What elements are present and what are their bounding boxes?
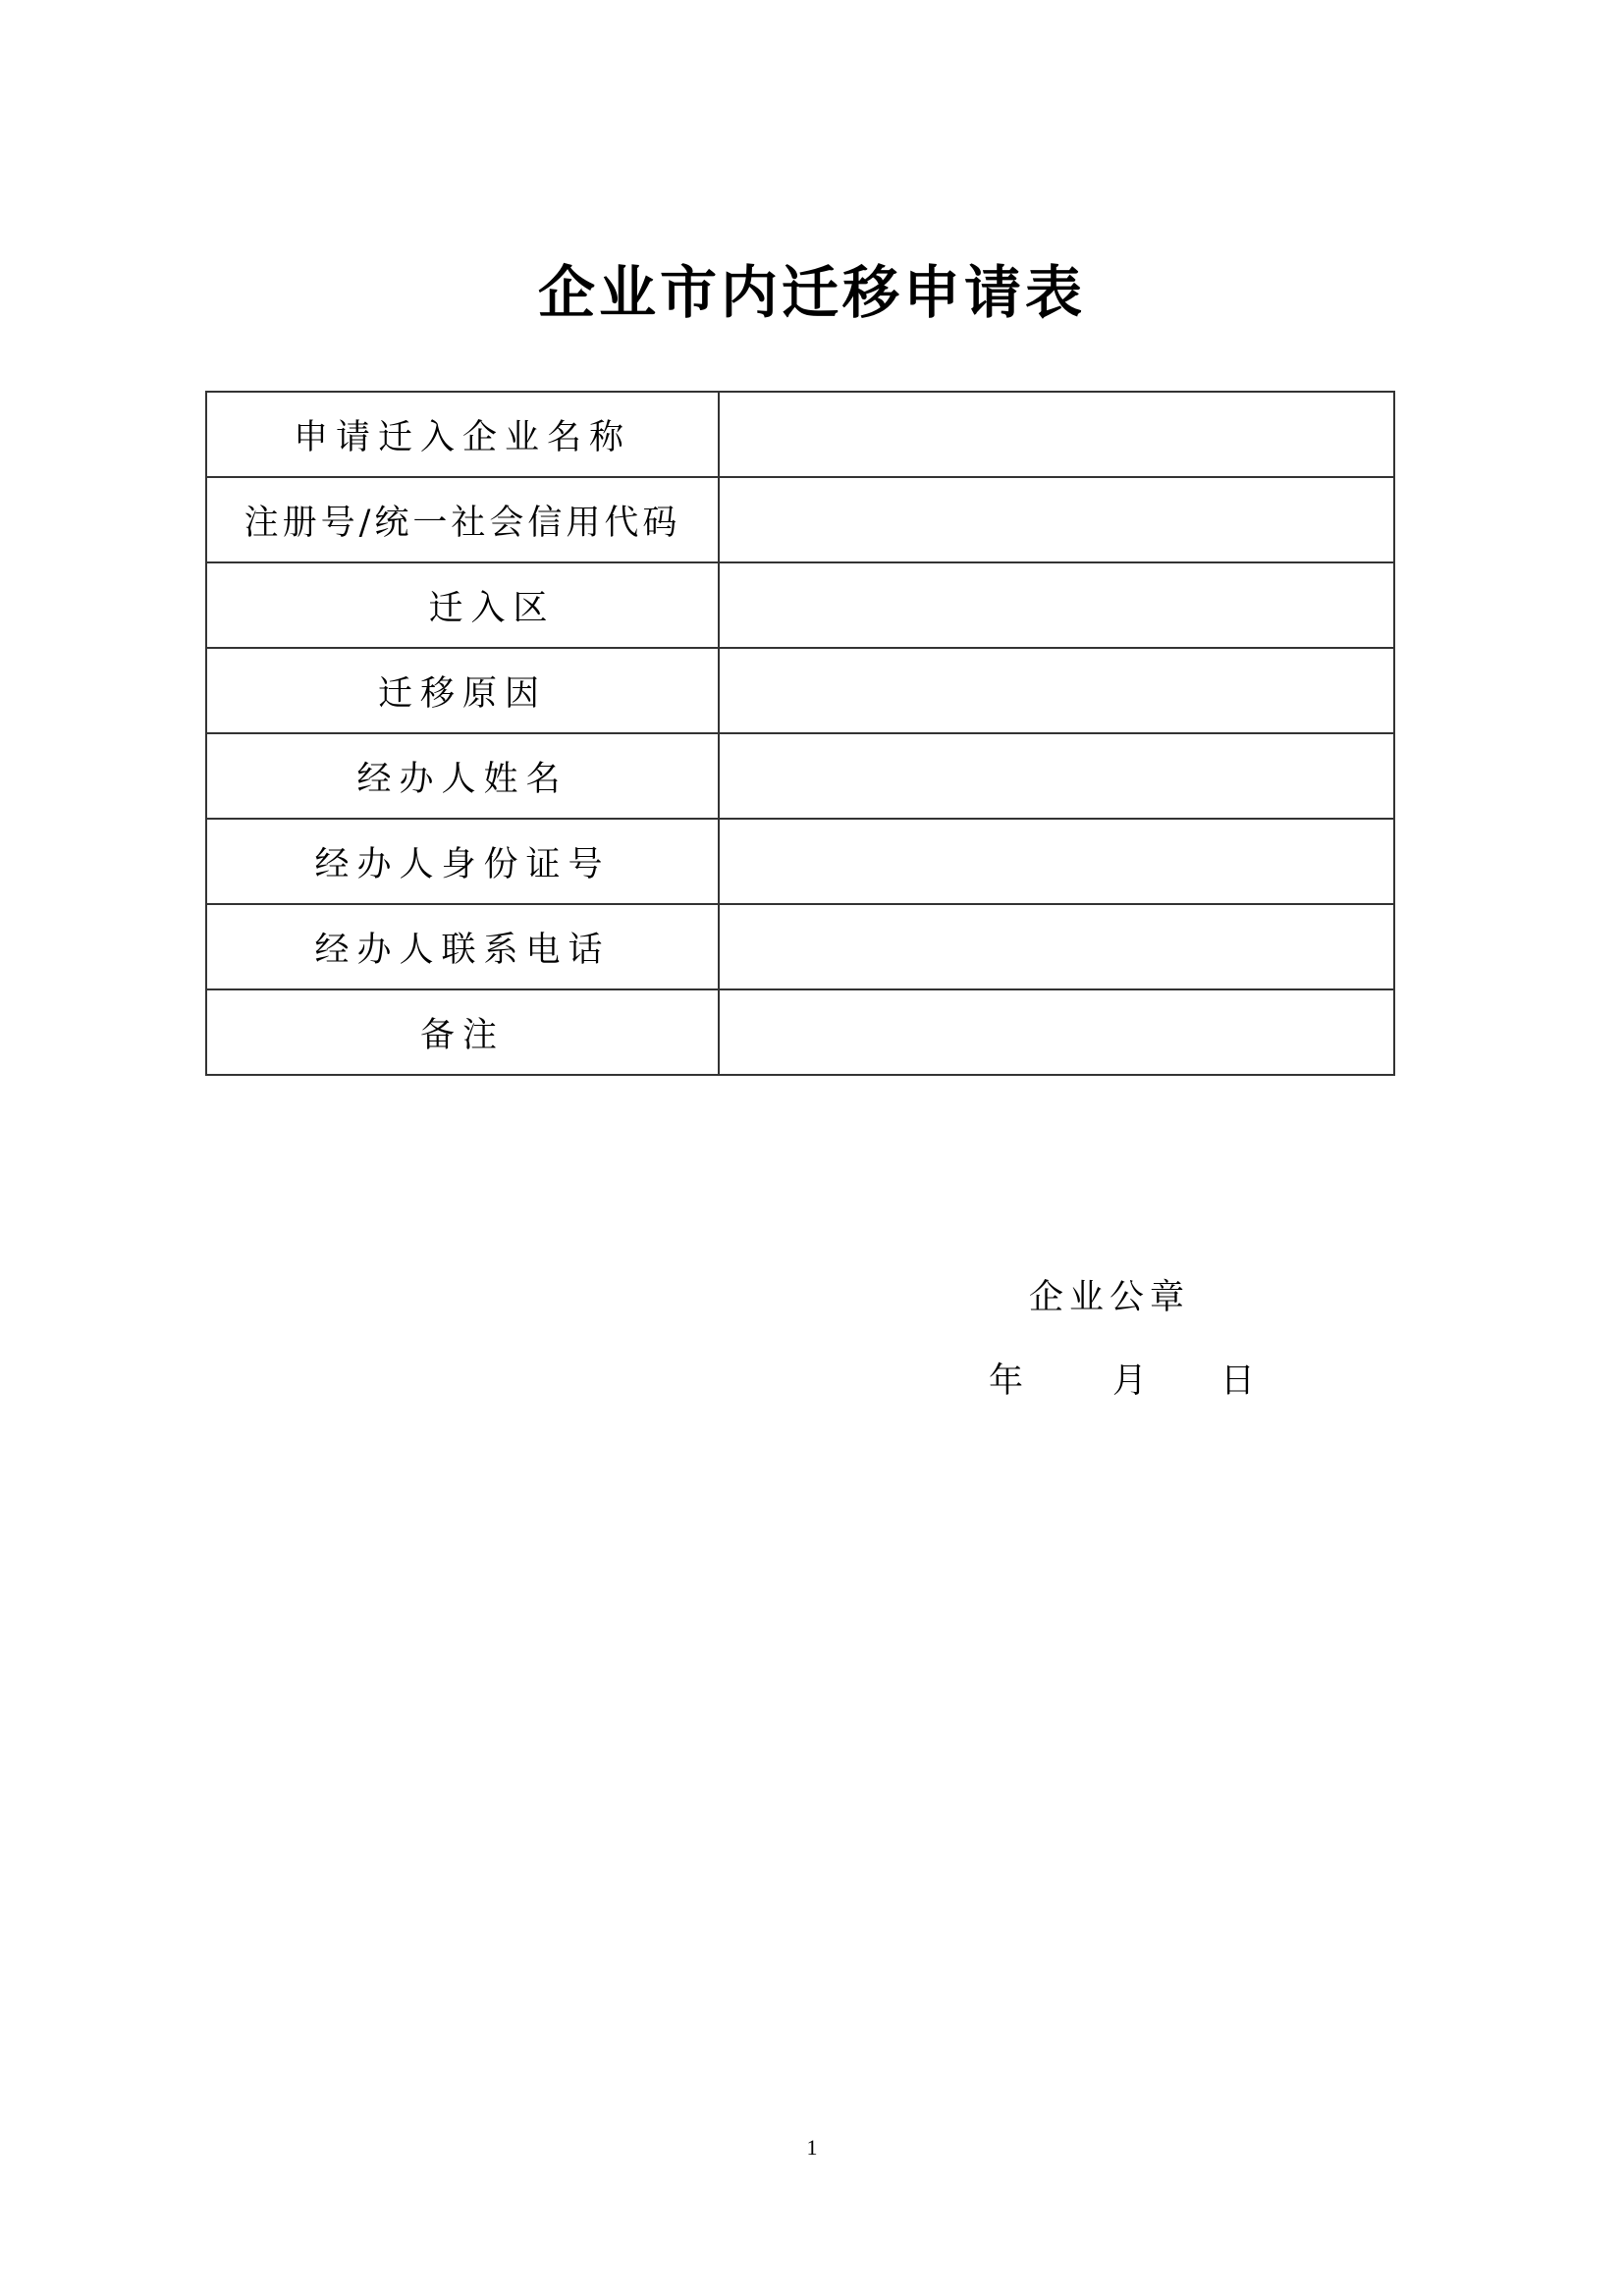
page-number: 1	[0, 2136, 1624, 2160]
field-value-agent-phone[interactable]	[719, 904, 1394, 989]
field-value-agent-id-number[interactable]	[719, 819, 1394, 904]
field-value-registration-number[interactable]	[719, 477, 1394, 562]
date-day-label: 日	[1220, 1358, 1255, 1405]
form-row-agent-phone: 经办人联系电话	[206, 904, 1394, 989]
form-row-registration-number: 注册号/统一社会信用代码	[206, 477, 1394, 562]
field-value-destination-district[interactable]	[719, 562, 1394, 648]
field-label-destination-district: 迁入区	[206, 562, 719, 648]
form-row-destination-district: 迁入区	[206, 562, 1394, 648]
field-value-agent-name[interactable]	[719, 733, 1394, 819]
field-value-relocation-reason[interactable]	[719, 648, 1394, 733]
company-seal-label: 企业公章	[1029, 1274, 1190, 1321]
field-value-remarks[interactable]	[719, 989, 1394, 1075]
form-row-company-name: 申请迁入企业名称	[206, 392, 1394, 477]
form-row-agent-id-number: 经办人身份证号	[206, 819, 1394, 904]
date-year-label: 年	[989, 1358, 1023, 1405]
field-label-agent-id-number: 经办人身份证号	[206, 819, 719, 904]
application-form-table: 申请迁入企业名称 注册号/统一社会信用代码 迁入区 迁移原因 经办人姓名 经办人…	[205, 391, 1395, 1076]
field-label-agent-name: 经办人姓名	[206, 733, 719, 819]
field-label-company-name: 申请迁入企业名称	[206, 392, 719, 477]
field-label-registration-number: 注册号/统一社会信用代码	[206, 477, 719, 562]
form-row-remarks: 备注	[206, 989, 1394, 1075]
field-label-agent-phone: 经办人联系电话	[206, 904, 719, 989]
form-row-relocation-reason: 迁移原因	[206, 648, 1394, 733]
field-label-remarks: 备注	[206, 989, 719, 1075]
document-page: 企业市内迁移申请表 申请迁入企业名称 注册号/统一社会信用代码 迁入区 迁移原因…	[0, 0, 1624, 2296]
page-title: 企业市内迁移申请表	[0, 253, 1624, 332]
field-label-relocation-reason: 迁移原因	[206, 648, 719, 733]
date-month-label: 月	[1112, 1358, 1147, 1405]
field-value-company-name[interactable]	[719, 392, 1394, 477]
form-row-agent-name: 经办人姓名	[206, 733, 1394, 819]
